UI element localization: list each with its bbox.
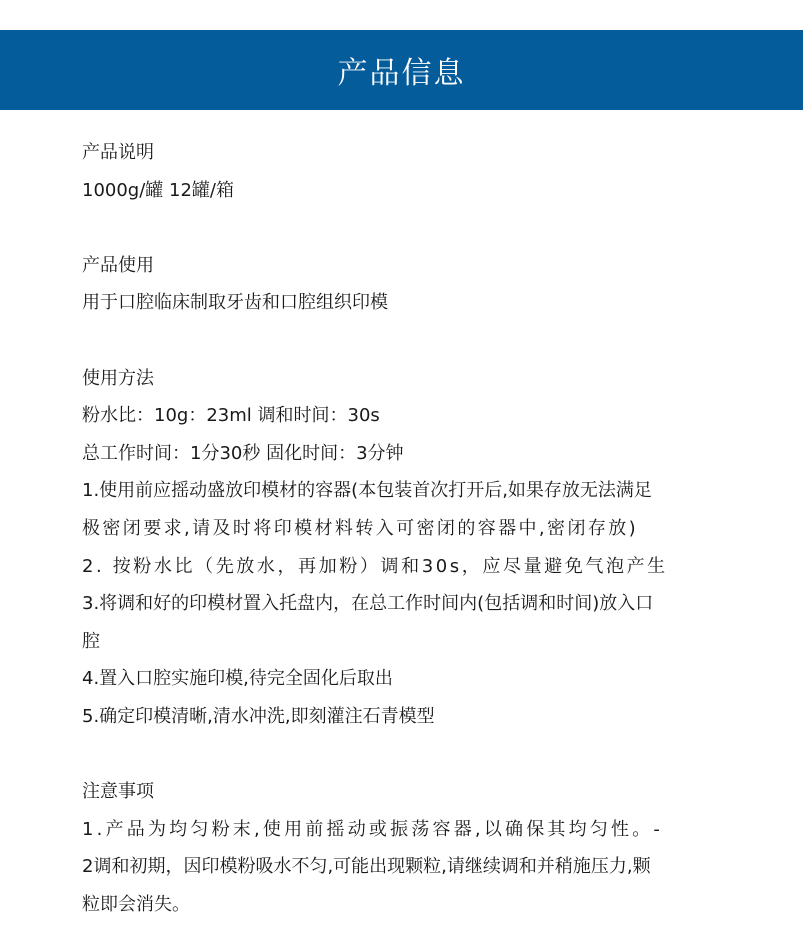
- section-heading: 产品使用: [82, 247, 722, 285]
- method-line: 1.使用前应摇动盛放印模材的容器(本包装首次打开后,如果存放无法满足: [82, 472, 722, 510]
- spacer: [82, 736, 722, 774]
- description-section: 产品说明 1000g/罐 12罐/箱: [82, 134, 722, 209]
- banner-title: 产品信息: [338, 48, 466, 92]
- usage-section: 产品使用 用于口腔临床制取牙齿和口腔组织印模: [82, 247, 722, 322]
- usage-line: 用于口腔临床制取牙齿和口腔组织印模: [82, 284, 722, 322]
- notes-section: 注意事项 1.产品为均匀粉末,使用前摇动或振荡容器,以确保其均匀性。- 2调和初…: [82, 773, 722, 923]
- spacer: [82, 209, 722, 247]
- notes-line: 2调和初期，因印模粉吸水不匀,可能出现颗粒,请继续调和并稍施压力,颗: [82, 848, 722, 886]
- notes-line: 粒即会消失。: [82, 886, 722, 924]
- description-line: 1000g/罐 12罐/箱: [82, 172, 722, 210]
- method-line: 极密闭要求,请及时将印模材料转入可密闭的容器中,密闭存放): [82, 510, 722, 548]
- method-line: 4.置入口腔实施印模,待完全固化后取出: [82, 660, 722, 698]
- method-line: 腔: [82, 623, 722, 661]
- section-banner: 产品信息: [0, 30, 803, 110]
- method-line: 2. 按粉水比（先放水，再加粉）调和30s，应尽量避免气泡产生: [82, 548, 722, 586]
- method-section: 使用方法 粉水比：10g：23ml 调和时间：30s 总工作时间：1分30秒 固…: [82, 360, 722, 736]
- section-heading: 注意事项: [82, 773, 722, 811]
- spacer: [82, 322, 722, 360]
- method-line: 3.将调和好的印模材置入托盘内，在总工作时间内(包括调和时间)放入口: [82, 585, 722, 623]
- product-info-content: 产品说明 1000g/罐 12罐/箱 产品使用 用于口腔临床制取牙齿和口腔组织印…: [82, 134, 722, 923]
- method-line: 总工作时间：1分30秒 固化时间：3分钟: [82, 435, 722, 473]
- section-heading: 产品说明: [82, 134, 722, 172]
- section-heading: 使用方法: [82, 360, 722, 398]
- method-line: 粉水比：10g：23ml 调和时间：30s: [82, 397, 722, 435]
- notes-line: 1.产品为均匀粉末,使用前摇动或振荡容器,以确保其均匀性。-: [82, 811, 722, 849]
- method-line: 5.确定印模清晰,清水冲洗,即刻灌注石青模型: [82, 698, 722, 736]
